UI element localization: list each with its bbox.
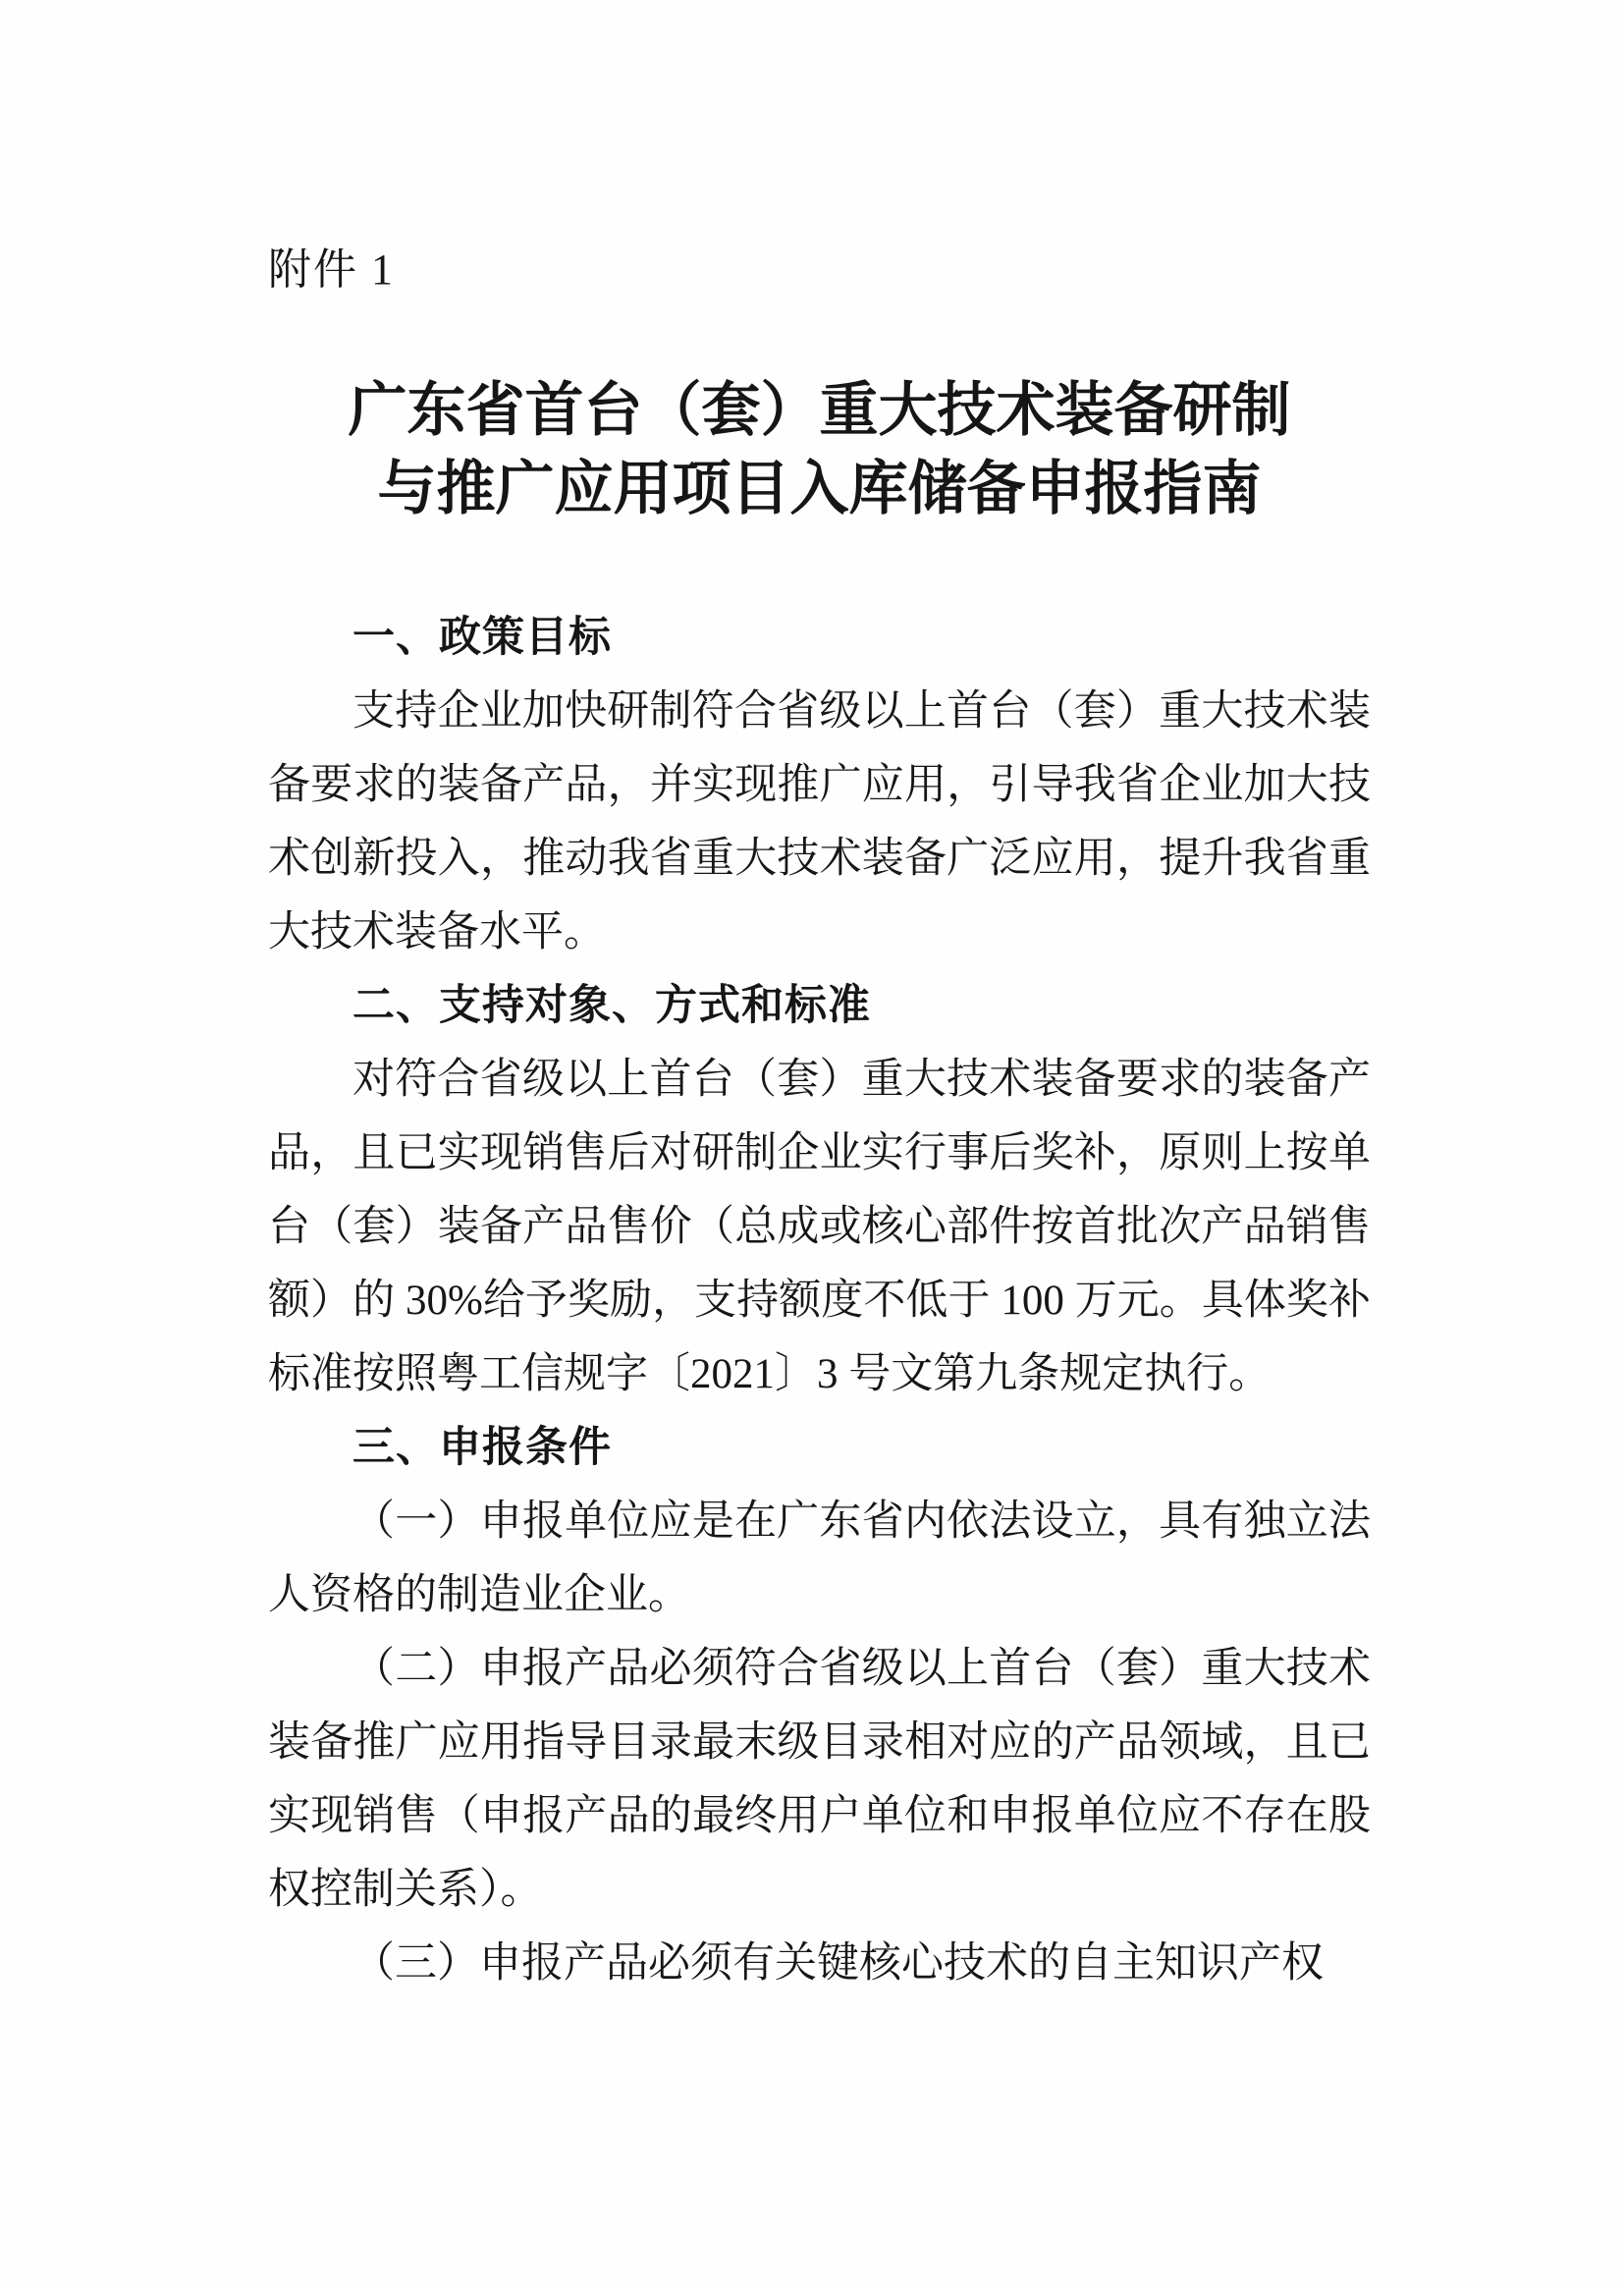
paragraph-line: 实现销售（申报产品的最终用户单位和申报单位应不存在股 bbox=[268, 1779, 1371, 1853]
section-heading: 三、申报条件 bbox=[268, 1411, 1371, 1485]
paragraph-line: 人资格的制造业企业。 bbox=[268, 1558, 1371, 1632]
document-title: 广东省首台（套）重大技术装备研制 与推广应用项目入库储备申报指南 bbox=[268, 371, 1371, 528]
document-title-line-1: 广东省首台（套）重大技术装备研制 bbox=[268, 371, 1371, 450]
section-heading: 一、政策目标 bbox=[268, 601, 1371, 675]
paragraph-line: 额）的 30%给予奖励，支持额度不低于 100 万元。具体奖补 bbox=[268, 1264, 1371, 1337]
paragraph-line: 标准按照粤工信规字〔2021〕3 号文第九条规定执行。 bbox=[268, 1337, 1371, 1411]
paragraph-line: 术创新投入，推动我省重大技术装备广泛应用，提升我省重 bbox=[268, 822, 1371, 896]
paragraph-line: 台（套）装备产品售价（总成或核心部件按首批次产品销售 bbox=[268, 1190, 1371, 1264]
section-heading: 二、支持对象、方式和标准 bbox=[268, 969, 1371, 1043]
paragraph-line: （二）申报产品必须符合省级以上首台（套）重大技术 bbox=[268, 1632, 1371, 1706]
paragraph-line: 备要求的装备产品，并实现推广应用，引导我省企业加大技 bbox=[268, 748, 1371, 822]
paragraph-line: 装备推广应用指导目录最末级目录相对应的产品领域，且已 bbox=[268, 1706, 1371, 1779]
paragraph-line: 对符合省级以上首台（套）重大技术装备要求的装备产 bbox=[268, 1043, 1371, 1117]
paragraph-line: 品，且已实现销售后对研制企业实行事后奖补，原则上按单 bbox=[268, 1117, 1371, 1190]
paragraph-line: 支持企业加快研制符合省级以上首台（套）重大技术装 bbox=[268, 675, 1371, 748]
paragraph-line: 权控制关系）。 bbox=[268, 1853, 1371, 1927]
paragraph-line: （一）申报单位应是在广东省内依法设立，具有独立法 bbox=[268, 1485, 1371, 1558]
paragraph-line: 大技术装备水平。 bbox=[268, 896, 1371, 969]
paragraph-line: （三）申报产品必须有关键核心技术的自主知识产权 bbox=[268, 1927, 1371, 2000]
attachment-label: 附件 1 bbox=[268, 241, 395, 300]
document-body: 一、政策目标支持企业加快研制符合省级以上首台（套）重大技术装备要求的装备产品，并… bbox=[268, 601, 1371, 2000]
document-title-line-2: 与推广应用项目入库储备申报指南 bbox=[268, 450, 1371, 528]
document-page: 附件 1 广东省首台（套）重大技术装备研制 与推广应用项目入库储备申报指南 一、… bbox=[0, 0, 1624, 2289]
